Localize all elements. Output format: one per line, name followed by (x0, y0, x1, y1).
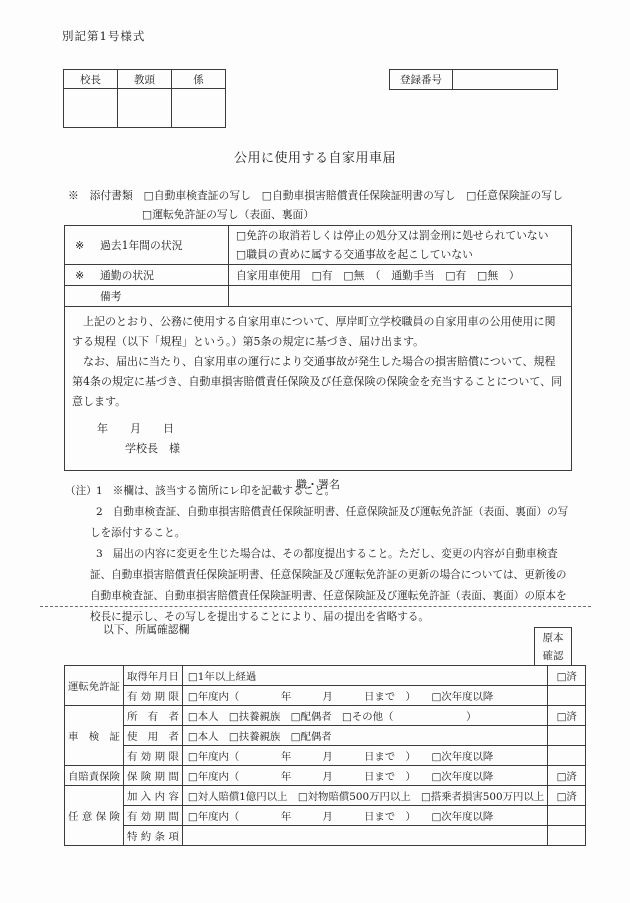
checkbox-line: □免許の取消若しくは停止の処分又は罰金刑に処せられていない (236, 226, 571, 245)
content-cell: □年度内（ 年 月 日まで ） □次年度以降 (182, 766, 547, 786)
subcategory-cell: 有効期間 (123, 806, 182, 826)
row-commute-status: ※ 通勤の状況 自家用車使用 □有 □無 （ 通勤手当 □有 □無 ） (65, 265, 571, 286)
subcategory-cell: 加入内容 (123, 786, 182, 806)
statement-paragraph-2: なお、届出に当たり、自家用車の運行により交通事故が発生した場合の損害賠償について… (72, 352, 564, 412)
table-row: 有効期間 □年度内（ 年 月 日まで ） □次年度以降 (65, 806, 586, 826)
row-label: ※ 通勤の状況 (65, 265, 229, 285)
done-check-cell: □済 (548, 786, 586, 806)
checkbox-line: □職員の責めに属する交通事故を起こしていない (236, 245, 571, 264)
asterisk-marker: ※ (75, 269, 100, 282)
done-check-cell (548, 726, 586, 746)
row-label: ※ 過去1年間の状況 (65, 226, 229, 264)
content-cell: □本人 □扶養親族 □配偶者 (182, 726, 547, 746)
content-cell: □1年以上経過 (182, 666, 547, 686)
content-cell: □年度内（ 年 月 日まで ） □次年度以降 (182, 806, 547, 826)
row-label-text: 通勤の状況 (100, 268, 154, 283)
table-row: 任意保険 加入内容 □対人賠償1億円以上 □対物賠償500万円以上 □搭乗者損害… (65, 786, 586, 806)
cut-separator-line (40, 606, 591, 607)
attachment-line-1: ※ 添付書類 □自動車検査証の写し □自動車損害賠償責任保険証明書の写し □任意… (68, 186, 563, 205)
row-label-text: 備考 (100, 289, 122, 304)
row-label-text: 過去1年間の状況 (100, 238, 182, 253)
note-item: 1※欄は、該当する箇所にレ印を記載すること。 (65, 481, 577, 502)
note-number: 3 (96, 548, 103, 560)
statement-paragraph-1: 上記のとおり、公務に使用する自家用車について、厚岸町立学校職員の自家用車の公用使… (72, 312, 564, 352)
note-number: 1 (96, 485, 103, 497)
original-check-column-header: 原本 確認 (534, 627, 572, 666)
done-check-cell: □済 (548, 666, 586, 686)
addressee-line: 学校長 様 (72, 439, 564, 459)
approval-col-principal: 校長 (64, 70, 118, 89)
table-row: 車検証 所有者 □本人 □扶養親族 □配偶者 □その他（ ） □済 (65, 706, 586, 726)
note-text: ※欄は、該当する箇所にレ印を記載すること。 (113, 485, 335, 497)
content-cell: □年度内（ 年 月 日まで ） □次年度以降 (182, 686, 547, 706)
subcategory-cell: 所有者 (123, 706, 182, 726)
table-row: 有効期限 □年度内（ 年 月 日まで ） □次年度以降 (65, 746, 586, 766)
approval-stamp-cell (64, 89, 118, 128)
subcategory-cell: 保険期間 (123, 766, 182, 786)
approval-stamp-row (64, 89, 226, 128)
remarks-value (229, 286, 571, 306)
registration-number-box: 登録番号 (389, 69, 558, 90)
table-row: 運転免許証 取得年月日 □1年以上経過 □済 (65, 666, 586, 686)
approval-stamp-table: 校長 教頭 係 (63, 69, 226, 128)
note-number: 2 (96, 506, 103, 518)
content-cell: □本人 □扶養親族 □配偶者 □その他（ ） (182, 706, 547, 726)
table-row: 使用者 □本人 □扶養親族 □配偶者 (65, 726, 586, 746)
content-cell: □年度内（ 年 月 日まで ） □次年度以降 (182, 746, 547, 766)
note-text: 届出の内容に変更を生じた場合は、その都度提出すること。ただし、変更の内容が自動車… (90, 548, 567, 623)
approval-header-row: 校長 教頭 係 (64, 70, 226, 89)
scanned-form-page: 別記第1号様式 校長 教頭 係 登録番号 公用に使用する自家用車届 ※ 添付書類… (0, 0, 630, 903)
note-item: 3届出の内容に変更を生じた場合は、その都度提出すること。ただし、変更の内容が自動… (65, 544, 577, 628)
note-text: 自動車検査証、自動車損害賠償責任保険証明書、任意保険証及び運転免許証（表面、裏面… (90, 506, 568, 539)
asterisk-marker: ※ (75, 239, 100, 252)
done-check-cell (548, 806, 586, 826)
declaration-statement: 上記のとおり、公務に使用する自家用車について、厚岸町立学校職員の自家用車の公用使… (65, 307, 571, 495)
done-check-cell: □済 (548, 766, 586, 786)
row-label: 備考 (65, 286, 229, 306)
date-blank-line: 年 月 日 (72, 419, 564, 439)
subcategory-cell: 有効期限 (123, 686, 182, 706)
approval-col-clerk: 係 (172, 70, 226, 89)
done-check-cell: □済 (548, 706, 586, 726)
original-header-line: 原本 (535, 629, 571, 647)
approval-col-vice-principal: 教頭 (118, 70, 172, 89)
registration-number-value (453, 70, 558, 90)
confirmation-section-label: 以下、所属確認欄 (103, 622, 189, 637)
category-cell-voluntary-insurance: 任意保険 (65, 786, 124, 846)
notes-caption: （注） (65, 481, 97, 502)
attachment-checklist: ※ 添付書類 □自動車検査証の写し □自動車損害賠償責任保険証明書の写し □任意… (68, 186, 563, 224)
done-check-cell (548, 686, 586, 706)
original-header-line: 確認 (535, 647, 571, 665)
subcategory-cell: 有効期限 (123, 746, 182, 766)
done-check-cell (548, 826, 586, 846)
registration-number-label: 登録番号 (390, 70, 453, 90)
category-cell-liability-insurance: 自賠責保険 (65, 766, 124, 786)
row-past-year-status: ※ 過去1年間の状況 □免許の取消若しくは停止の処分又は罰金刑に処せられていない… (65, 226, 571, 265)
approval-stamp-cell (172, 89, 226, 128)
table-row: 有効期限 □年度内（ 年 月 日まで ） □次年度以降 (65, 686, 586, 706)
row-content: 自家用車使用 □有 □無 （ 通勤手当 □有 □無 ） (229, 265, 571, 285)
done-check-cell (548, 746, 586, 766)
table-row: 特約条項 (65, 826, 586, 846)
attachment-line-2: □運転免許証の写し（表面、裏面） (68, 205, 563, 224)
category-cell-vehicle-inspection: 車検証 (65, 706, 124, 766)
affiliation-confirmation-table: 運転免許証 取得年月日 □1年以上経過 □済 有効期限 □年度内（ 年 月 日ま… (64, 665, 586, 846)
note-item: 2自動車検査証、自動車損害賠償責任保険証明書、任意保険証及び運転免許証（表面、裏… (65, 502, 577, 544)
subcategory-cell: 使用者 (123, 726, 182, 746)
form-number-label: 別記第1号様式 (62, 28, 145, 44)
table-row: 自賠責保険 保険期間 □年度内（ 年 月 日まで ） □次年度以降 □済 (65, 766, 586, 786)
document-title: 公用に使用する自家用車届 (0, 147, 630, 166)
approval-stamp-cell (118, 89, 172, 128)
subcategory-cell: 特約条項 (123, 826, 182, 846)
row-remarks: 備考 (65, 286, 571, 307)
subcategory-cell: 取得年月日 (123, 666, 182, 686)
row-content: □免許の取消若しくは停止の処分又は罰金刑に処せられていない □職員の責めに属する… (229, 226, 571, 264)
category-cell-drivers-license: 運転免許証 (65, 666, 124, 706)
declaration-table: ※ 過去1年間の状況 □免許の取消若しくは停止の処分又は罰金刑に処せられていない… (64, 225, 572, 471)
content-cell: □対人賠償1億円以上 □対物賠償500万円以上 □搭乗者損害500万円以上 (182, 786, 547, 806)
checkbox-line: 自家用車使用 □有 □無 （ 通勤手当 □有 □無 ） (236, 268, 571, 283)
content-cell (182, 826, 547, 846)
